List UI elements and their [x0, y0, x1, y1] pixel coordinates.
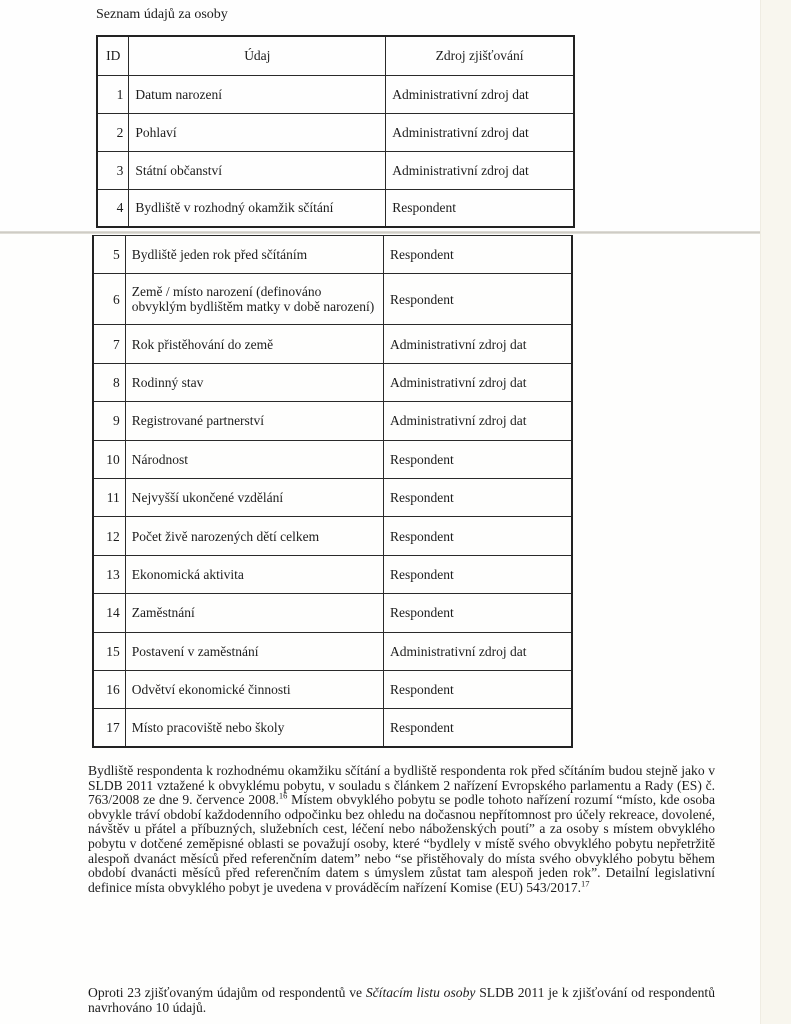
row-source: Administrativní zdroj dat: [383, 402, 572, 440]
row-source: Administrativní zdroj dat: [383, 325, 572, 363]
scan-edge-strip: [760, 0, 791, 1024]
row-item: Postavení v zaměstnání: [125, 632, 383, 670]
row-source: Respondent: [383, 670, 572, 708]
row-item: Národnost: [125, 440, 383, 478]
data-items-table-part-1: ID Údaj Zdroj zjišťování 1Datum narození…: [96, 35, 575, 228]
row-id: 10: [93, 440, 125, 478]
table-header-row: ID Údaj Zdroj zjišťování: [97, 36, 574, 75]
row-source: Respondent: [383, 709, 572, 747]
form-title-emphasis: Sčítacím listu osoby: [366, 985, 476, 1000]
table-row: 10NárodnostRespondent: [93, 440, 572, 478]
row-source: Administrativní zdroj dat: [383, 363, 572, 401]
paragraph-comparison: Oproti 23 zjišťovaným údajům od responde…: [88, 986, 715, 1015]
row-item: Datum narození: [129, 75, 386, 113]
data-items-table-part-2: 5Bydliště jeden rok před sčítánímRespond…: [92, 235, 573, 748]
row-id: 4: [97, 189, 129, 227]
row-item: Rodinný stav: [125, 363, 383, 401]
row-source: Respondent: [383, 517, 572, 555]
row-source: Respondent: [383, 440, 572, 478]
row-item: Bydliště jeden rok před sčítáním: [125, 236, 383, 274]
row-source: Administrativní zdroj dat: [383, 632, 572, 670]
row-id: 17: [93, 709, 125, 747]
row-item: Registrované partnerství: [125, 402, 383, 440]
footnote-ref: 17: [581, 878, 590, 888]
row-id: 7: [93, 325, 125, 363]
sheet-seam: [0, 231, 760, 234]
row-id: 12: [93, 517, 125, 555]
table-row: 14ZaměstnáníRespondent: [93, 594, 572, 632]
table-row: 17Místo pracoviště nebo školyRespondent: [93, 709, 572, 747]
row-id: 3: [97, 151, 129, 189]
table-caption: Seznam údajů za osoby: [96, 7, 228, 23]
row-item: Rok přistěhování do země: [125, 325, 383, 363]
table-row: 2PohlavíAdministrativní zdroj dat: [97, 113, 574, 151]
header-source: Zdroj zjišťování: [386, 36, 574, 75]
row-source: Administrativní zdroj dat: [386, 113, 574, 151]
row-id: 14: [93, 594, 125, 632]
row-item: Nejvyšší ukončené vzdělání: [125, 478, 383, 516]
row-item: Pohlaví: [129, 113, 386, 151]
paragraph-text: Místem obvyklého pobytu se podle tohoto …: [88, 792, 715, 895]
row-source: Respondent: [383, 274, 572, 325]
row-source: Respondent: [383, 478, 572, 516]
table-row: 5Bydliště jeden rok před sčítánímRespond…: [93, 236, 572, 274]
row-id: 9: [93, 402, 125, 440]
table-row: 7Rok přistěhování do zeměAdministrativní…: [93, 325, 572, 363]
row-id: 1: [97, 75, 129, 113]
table-row: 9Registrované partnerstvíAdministrativní…: [93, 402, 572, 440]
row-source: Respondent: [386, 189, 574, 227]
row-id: 8: [93, 363, 125, 401]
row-source: Administrativní zdroj dat: [386, 75, 574, 113]
table-row: 3Státní občanstvíAdministrativní zdroj d…: [97, 151, 574, 189]
row-id: 15: [93, 632, 125, 670]
table-row: 13Ekonomická aktivitaRespondent: [93, 555, 572, 593]
header-item: Údaj: [129, 36, 386, 75]
row-item: Státní občanství: [129, 151, 386, 189]
table-row: 12Počet živě narozených dětí celkemRespo…: [93, 517, 572, 555]
table-row: 4Bydliště v rozhodný okamžik sčítáníResp…: [97, 189, 574, 227]
row-id: 5: [93, 236, 125, 274]
row-source: Administrativní zdroj dat: [386, 151, 574, 189]
table-row: 1Datum narozeníAdministrativní zdroj dat: [97, 75, 574, 113]
row-item: Země / místo narození (definováno obvykl…: [125, 274, 383, 325]
table-row: 16Odvětví ekonomické činnostiRespondent: [93, 670, 572, 708]
table-row: 8Rodinný stavAdministrativní zdroj dat: [93, 363, 572, 401]
table-row: 11Nejvyšší ukončené vzděláníRespondent: [93, 478, 572, 516]
row-item: Zaměstnání: [125, 594, 383, 632]
table-row: 15Postavení v zaměstnáníAdministrativní …: [93, 632, 572, 670]
row-id: 16: [93, 670, 125, 708]
paragraph-text: Oproti 23 zjišťovaným údajům od responde…: [88, 985, 366, 1000]
row-id: 2: [97, 113, 129, 151]
row-item: Odvětví ekonomické činnosti: [125, 670, 383, 708]
row-id: 6: [93, 274, 125, 325]
paragraph-residence-definition: Bydliště respondenta k rozhodnému okamži…: [88, 764, 715, 895]
row-item: Ekonomická aktivita: [125, 555, 383, 593]
row-source: Respondent: [383, 594, 572, 632]
row-source: Respondent: [383, 555, 572, 593]
row-source: Respondent: [383, 236, 572, 274]
row-id: 11: [93, 478, 125, 516]
row-item: Bydliště v rozhodný okamžik sčítání: [129, 189, 386, 227]
header-id: ID: [97, 36, 129, 75]
row-item: Místo pracoviště nebo školy: [125, 709, 383, 747]
row-id: 13: [93, 555, 125, 593]
table-row: 6Země / místo narození (definováno obvyk…: [93, 274, 572, 325]
row-item: Počet živě narozených dětí celkem: [125, 517, 383, 555]
